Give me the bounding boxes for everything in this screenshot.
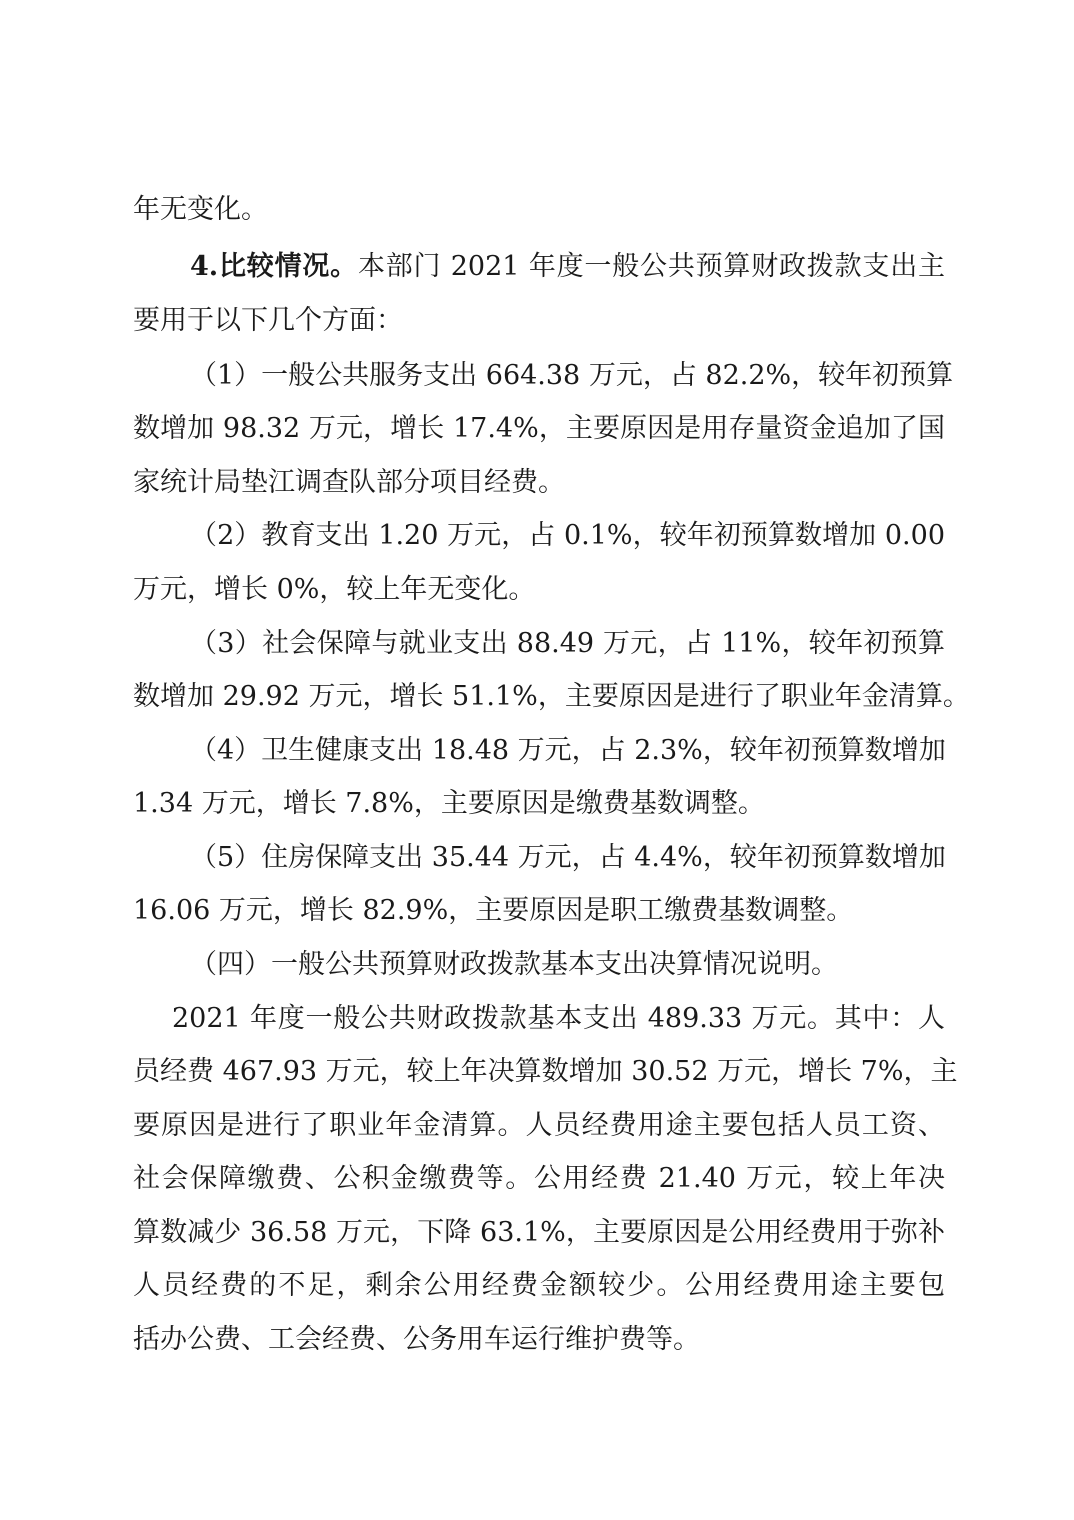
text-line: 括办公费、工会经费、公务用车运行维护费等。 [133,1320,945,1360]
text-line: 家统计局垫江调查队部分项目经费。 [133,463,945,503]
text-line: 人员经费的不足，剩余公用经费金额较少。公用经费用途主要包 [133,1266,945,1306]
text-span: 本部门 2021 年度一般公共预算财政拨款支出主 [358,251,945,282]
section-heading: （四）一般公共预算财政拨款基本支出决算情况说明。 [190,945,945,985]
text-line: 员经费 467.93 万元，较上年决算数增加 30.52 万元，增长 7%，主 [133,1052,945,1092]
document-page: 年无变化。 4.比较情况。本部门 2021 年度一般公共预算财政拨款支出主 要用… [0,0,1074,1520]
paragraph-comparison: 4.比较情况。本部门 2021 年度一般公共预算财政拨款支出主 [190,247,945,287]
text-line: 年无变化。 [133,190,945,230]
text-line: 1.34 万元，增长 7.8%，主要原因是缴费基数调整。 [133,784,945,824]
item-5-line: （5）住房保障支出 35.44 万元，占 4.4%，较年初预算数增加 [190,838,945,878]
item-4-line: （4）卫生健康支出 18.48 万元，占 2.3%，较年初预算数增加 [190,731,945,771]
text-line: 要用于以下几个方面： [133,301,945,341]
basic-expenditure-line: 2021 年度一般公共财政拨款基本支出 489.33 万元。其中：人 [172,999,945,1039]
text-line: 万元，增长 0%，较上年无变化。 [133,570,945,610]
item-1-line: （1）一般公共服务支出 664.38 万元，占 82.2%，较年初预算 [190,356,945,396]
item-2-line: （2）教育支出 1.20 万元，占 0.1%，较年初预算数增加 0.00 [190,516,945,556]
text-line: 社会保障缴费、公积金缴费等。公用经费 21.40 万元，较上年决 [133,1159,945,1199]
comparison-heading: 4.比较情况。 [190,251,358,282]
text-line: 算数减少 36.58 万元，下降 63.1%，主要原因是公用经费用于弥补 [133,1213,945,1253]
text-line: 16.06 万元，增长 82.9%，主要原因是职工缴费基数调整。 [133,891,945,931]
item-3-line: （3）社会保障与就业支出 88.49 万元，占 11%，较年初预算 [190,624,945,664]
text-line: 要原因是进行了职业年金清算。人员经费用途主要包括人员工资、 [133,1106,945,1146]
text-line: 数增加 29.92 万元，增长 51.1%，主要原因是进行了职业年金清算。 [133,677,945,717]
text-line: 数增加 98.32 万元，增长 17.4%，主要原因是用存量资金追加了国 [133,409,945,449]
